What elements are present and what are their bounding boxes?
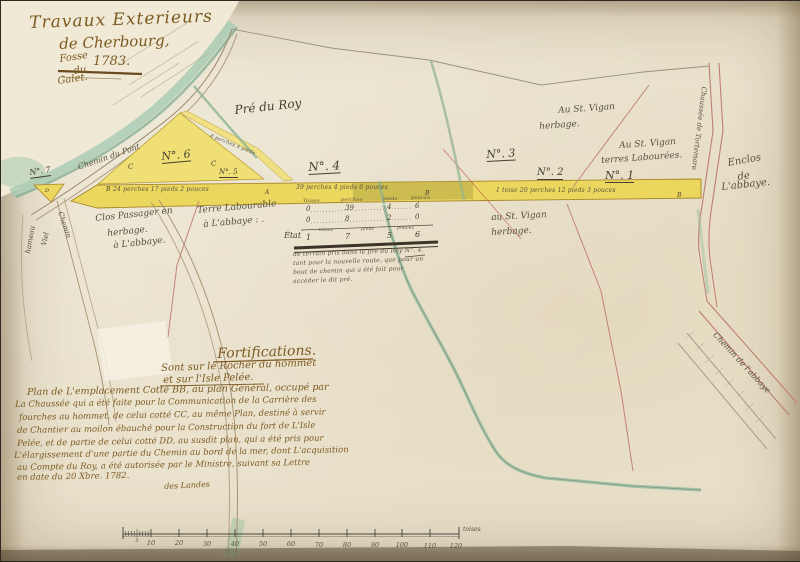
- parcel-no4-label: N°. 4: [308, 159, 340, 175]
- scale-tick-110: 110: [424, 543, 436, 550]
- scale-tick-40: 40: [231, 541, 239, 548]
- measurement-segment2: 39 perches 4 pieds 6 pouces: [296, 185, 388, 191]
- table-row2-toises: 0: [306, 217, 310, 224]
- map-canvas: Travaux Exterieurs de Cherbourg, 1783. F…: [0, 0, 800, 562]
- scale-tick-80: 80: [343, 542, 351, 549]
- survey-marker-b3: B: [677, 193, 681, 199]
- parcel-no1-label: N°. 1: [605, 170, 634, 183]
- parcel-no5-label: N°. 5: [219, 169, 238, 178]
- scale-unit-label: toises: [463, 527, 481, 533]
- survey-marker-a: A: [265, 190, 269, 196]
- table-total-perches: 7: [345, 233, 350, 241]
- scale-tick-60: 60: [287, 541, 295, 548]
- scale-tick-5: 5: [135, 539, 138, 544]
- scale-tick-20: 20: [175, 540, 183, 547]
- table-total-toises: 1: [306, 234, 311, 242]
- table-row1-perches: 39: [345, 205, 354, 212]
- table-total-unit-pouces: pouces: [397, 227, 414, 232]
- table-header-perches: perches: [341, 198, 363, 203]
- table-row2-pouces: 0: [415, 214, 419, 221]
- table-row2-pieds: 2: [387, 215, 391, 222]
- scale-tick-50: 50: [259, 541, 267, 548]
- measurement-segment1: 24 perches 17 pieds 2 pouces: [113, 187, 209, 193]
- table-row1-toises: 0: [306, 206, 310, 213]
- scale-bar: [123, 527, 459, 539]
- survey-marker-d: D: [45, 189, 49, 194]
- parcel-no6-label: N°. 6: [161, 148, 191, 163]
- measurement-segment3: 1 toise 20 perches 12 pieds 3 pouces: [496, 188, 616, 194]
- table-total-pouces: 6: [415, 231, 420, 239]
- table-total-unit-toises: toises: [319, 229, 333, 234]
- scale-tick-100: 100: [396, 542, 408, 549]
- parcel-no2-label: N°. 2: [537, 168, 563, 180]
- table-header-pieds: pieds: [383, 197, 398, 202]
- scale-tick-10: 10: [147, 540, 155, 547]
- table-row1-pieds: 4: [387, 204, 391, 211]
- green-lanes: [194, 61, 708, 559]
- table-row1-pouces: 6: [415, 203, 419, 210]
- scale-tick-90: 90: [371, 542, 379, 549]
- survey-marker-b1: B: [106, 187, 110, 193]
- scale-tick-30: 30: [203, 541, 211, 548]
- point-c2-label: C: [211, 161, 216, 168]
- parcel-no3-label: N°. 3: [486, 147, 516, 162]
- table-row2-perches: 8: [345, 216, 349, 223]
- legend-paragraph-line8: en date du 20 Xbre. 1782.: [17, 472, 129, 482]
- table-header-toises: Toises: [303, 199, 320, 204]
- table-total-unit-pieds: pieds: [361, 228, 374, 233]
- table-total-label: État: [284, 232, 301, 240]
- map-title-date: 1783.: [93, 55, 130, 68]
- map-title-line2: de Cherbourg,: [59, 33, 170, 52]
- table-header-pouces: pouces: [411, 196, 430, 201]
- scale-tick-70: 70: [315, 542, 323, 549]
- point-c1-label: C: [128, 164, 133, 171]
- scale-tick-120: 120: [450, 543, 462, 550]
- table-total-pieds: 5: [387, 232, 392, 240]
